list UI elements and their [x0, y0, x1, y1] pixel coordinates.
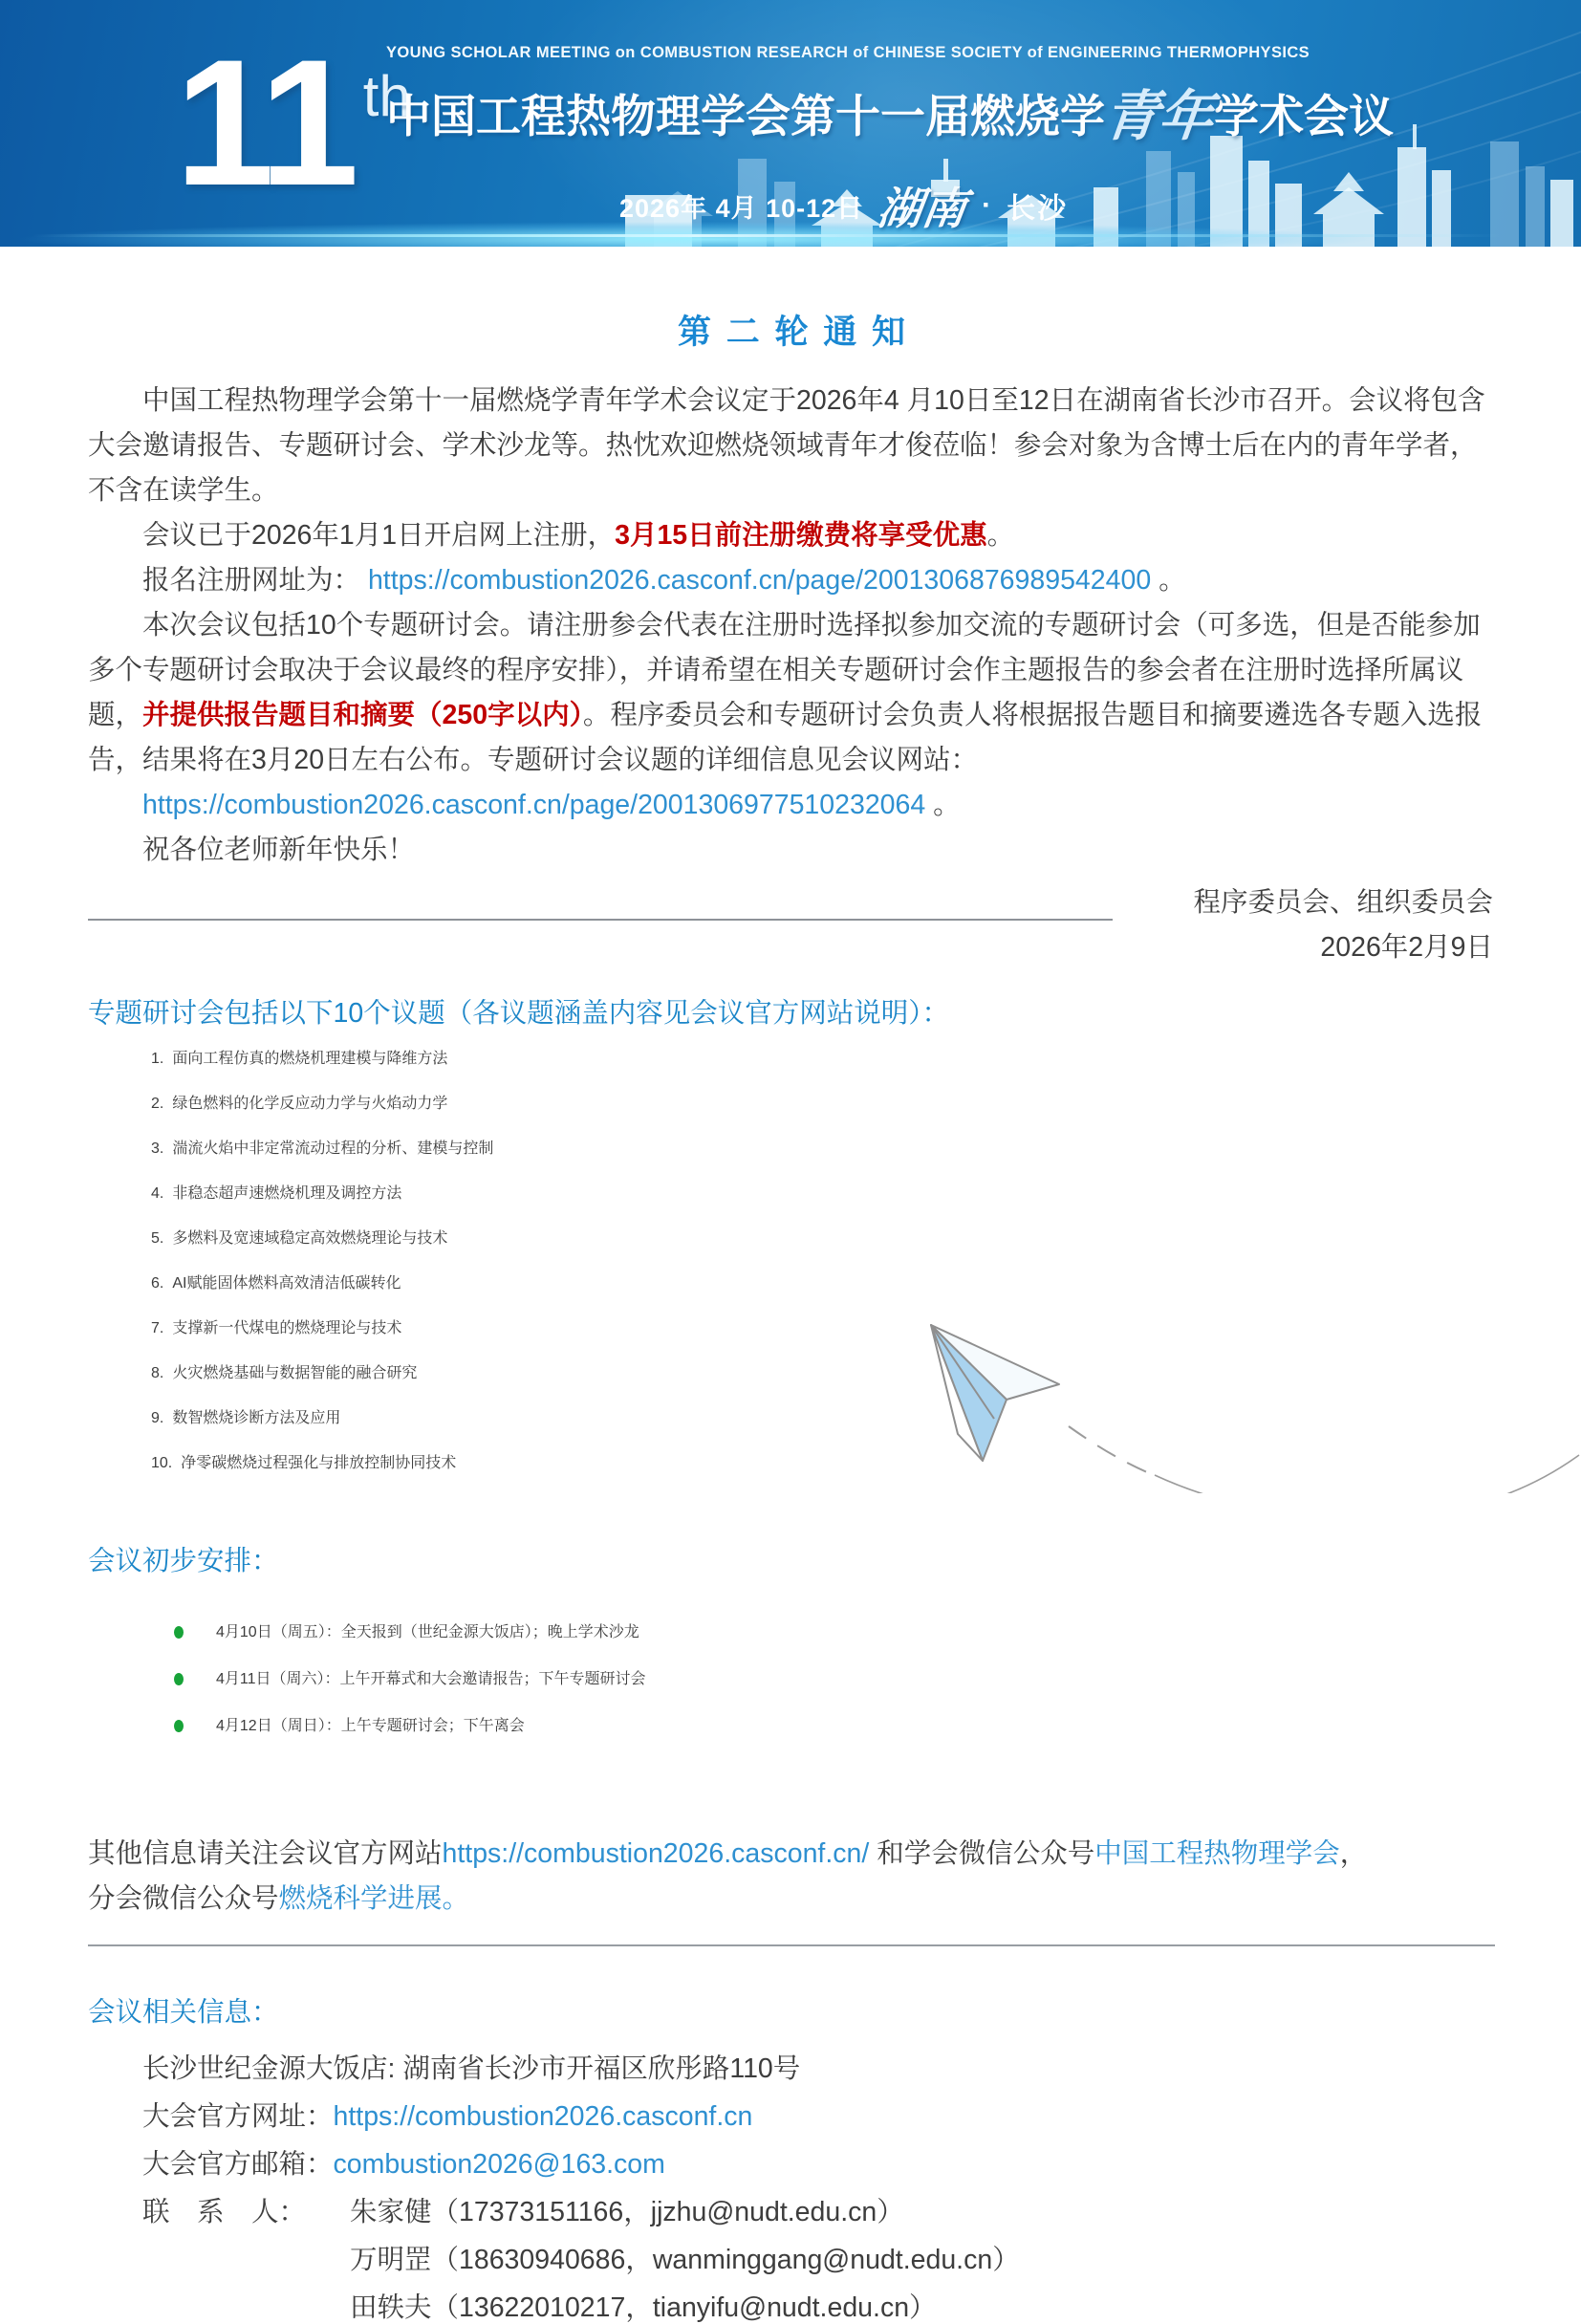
topic-item: 4.非稳态超声速燃烧机理及调控方法 [151, 1171, 1495, 1216]
topic-item: 1.面向工程仿真的燃烧机理建模与降维方法 [151, 1036, 1495, 1081]
topic-text: 净零碳燃烧过程强化与排放控制协同技术 [181, 1455, 456, 1471]
conference-date: 2026年 4月 10-12日 [619, 187, 863, 225]
edition-number-text: 11 [175, 22, 354, 223]
greeting-text: 祝各位老师新年快乐！ [142, 835, 415, 865]
topic-item: 9.数智燃烧诊断方法及应用 [151, 1396, 1495, 1441]
edition-number: 11th [175, 33, 401, 212]
contact-block: 长沙世纪金源大饭店: 湖南省长沙市开福区欣彤路110号 大会官方网址：https… [142, 2045, 1495, 2324]
website-label: 大会官方网址： [142, 2101, 334, 2132]
green-bullet-icon [174, 1673, 184, 1685]
schedule-list: 4月10日（周五）：全天报到（世纪金源大饭店）；晚上学术沙龙 4月11日（周六）… [174, 1609, 1495, 1749]
contact-person-row: 联 系 人：朱家健（17373151166，jjzhu@nudt.edu.cn） [142, 2188, 1495, 2236]
signature-committee: 程序委员会、组织委员会 [1193, 880, 1493, 925]
topic-item: 2.绿色燃料的化学反应动力学与火焰动力学 [151, 1081, 1495, 1126]
wechat-society-link[interactable]: 中国工程热物理学会 [1094, 1838, 1340, 1869]
conference-title-zh: 中国工程热物理学会第十一届燃烧学青年学术会议 [386, 70, 1394, 148]
location-dot: · [982, 189, 991, 222]
intro-section: 中国工程热物理学会第十一届燃烧学青年学术会议定于2026年4 月10日至12日在… [88, 379, 1495, 978]
registration-link[interactable]: https://combustion2026.casconf.cn/page/2… [368, 565, 1151, 596]
topic-text: 支撑新一代煤电的燃烧理论与技术 [172, 1320, 401, 1336]
topic-text: 非稳态超声速燃烧机理及调控方法 [172, 1185, 401, 1202]
contact-person-1: 朱家健（17373151166，jjzhu@nudt.edu.cn） [350, 2197, 904, 2227]
registration-url-paragraph: 报名注册网址为： https://combustion2026.casconf.… [88, 558, 1495, 603]
early-bird-highlight: 3月15日前注册缴费将享受优惠 [615, 520, 987, 551]
more-info-pre2: 分会微信公众号 [88, 1883, 279, 1914]
topics-url-end: 。 [933, 790, 961, 820]
more-info-mid: 和学会微信公众号 [869, 1838, 1094, 1869]
topics-list: 1.面向工程仿真的燃烧机理建模与降维方法 2.绿色燃料的化学反应动力学与火焰动力… [151, 1036, 1495, 1486]
conference-notice-page: { "header": { "edition_number": "11", "e… [0, 0, 1581, 2324]
registration-url-end: 。 [1159, 565, 1186, 596]
location-city: 长沙 [1007, 185, 1068, 227]
notice-body: 第二轮通知 中国工程热物理学会第十一届燃烧学青年学术会议定于2026年4 月10… [0, 306, 1581, 2324]
official-site-link[interactable]: https://combustion2026.casconf.cn/ [443, 1838, 870, 1869]
schedule-item-text: 4月10日（周五）：全天报到（世纪金源大饭店）；晚上学术沙龙 [216, 1609, 639, 1656]
section-divider-line [88, 1944, 1495, 1946]
greeting-paragraph: 祝各位老师新年快乐！ [88, 828, 1495, 873]
topics-url-paragraph: https://combustion2026.casconf.cn/page/2… [88, 783, 1495, 828]
topic-text: 数智燃烧诊断方法及应用 [172, 1410, 340, 1426]
green-bullet-icon [174, 1626, 184, 1639]
registration-open-paragraph: 会议已于2026年1月1日开启网上注册，3月15日前注册缴费将享受优惠。 [88, 513, 1495, 558]
email-label: 大会官方邮箱： [142, 2149, 334, 2180]
topic-text: 火灾燃烧基础与数据智能的融合研究 [172, 1365, 417, 1381]
email-row: 大会官方邮箱：combustion2026@163.com [142, 2140, 1495, 2188]
topic-item: 7.支撑新一代煤电的燃烧理论与技术 [151, 1306, 1495, 1351]
schedule-item: 4月10日（周五）：全天报到（世纪金源大饭店）；晚上学术沙龙 [174, 1609, 1495, 1656]
registration-open-text: 会议已于2026年1月1日开启网上注册， [142, 520, 615, 551]
topic-item: 5.多燃料及宽速域稳定高效燃烧理论与技术 [151, 1216, 1495, 1261]
signature-block: 程序委员会、组织委员会 2026年2月9日 [88, 880, 1495, 978]
more-info-end: 。 [443, 1883, 470, 1914]
more-info-paragraph: 其他信息请关注会议官方网站https://combustion2026.casc… [88, 1832, 1495, 1922]
topic-number: 2. [151, 1096, 163, 1112]
title-suffix: 学术会议 [1214, 91, 1394, 141]
topic-text: AI赋能固体燃料高效清洁低碳转化 [172, 1275, 401, 1292]
topic-text: 面向工程仿真的燃烧机理建模与降维方法 [172, 1051, 447, 1067]
intro-paragraph-text: 中国工程热物理学会第十一届燃烧学青年学术会议定于2026年4 月10日至12日在… [88, 385, 1485, 506]
contact-person-row: 田轶夫（13622010217，tianyifu@nudt.edu.cn） [142, 2284, 1495, 2324]
topic-text: 绿色燃料的化学反应动力学与火焰动力学 [172, 1096, 447, 1112]
abstract-requirement-highlight: 并提供报告题目和摘要（250字以内） [142, 700, 583, 730]
website-link[interactable]: https://combustion2026.casconf.cn [334, 2101, 753, 2132]
registration-open-end: 。 [987, 520, 1015, 551]
intro-paragraph: 中国工程热物理学会第十一届燃烧学青年学术会议定于2026年4 月10日至12日在… [88, 379, 1495, 513]
topic-item: 8.火灾燃烧基础与数据智能的融合研究 [151, 1351, 1495, 1396]
notice-title: 第二轮通知 [88, 306, 1495, 354]
topic-number: 9. [151, 1410, 163, 1426]
email-link[interactable]: combustion2026@163.com [334, 2149, 665, 2180]
location-province: 湖南 [875, 174, 971, 237]
contact-person-3: 田轶夫（13622010217，tianyifu@nudt.edu.cn） [350, 2292, 937, 2323]
signature-date: 2026年2月9日 [1320, 925, 1493, 970]
contact-persons-label: 联 系 人： [142, 2188, 350, 2236]
topic-item: 6.AI赋能固体燃料高效清洁低碳转化 [151, 1261, 1495, 1306]
signature-divider-line [88, 919, 1113, 921]
wechat-branch-link[interactable]: 燃烧科学进展 [279, 1883, 443, 1914]
topic-number: 6. [151, 1275, 163, 1292]
header-titles: YOUNG SCHOLAR MEETING on COMBUSTION RESE… [386, 44, 1394, 148]
topic-number: 8. [151, 1365, 163, 1381]
topic-number: 7. [151, 1320, 163, 1336]
topics-detail-link[interactable]: https://combustion2026.casconf.cn/page/2… [142, 790, 925, 820]
sessions-paragraph: 本次会议包括10个专题研讨会。请注册参会代表在注册时选择拟参加交流的专题研讨会（… [88, 603, 1495, 783]
hotel-address-row: 长沙世纪金源大饭店: 湖南省长沙市开福区欣彤路110号 [142, 2045, 1495, 2093]
schedule-heading: 会议初步安排： [88, 1539, 1495, 1578]
topics-heading: 专题研讨会包括以下10个议题（各议题涵盖内容见会议官方网站说明）： [88, 991, 1495, 1031]
schedule-item-text: 4月11日（周六）：上午开幕式和大会邀请报告；下午专题研讨会 [216, 1656, 646, 1703]
topic-number: 4. [151, 1185, 163, 1202]
topic-item: 10.净零碳燃烧过程强化与排放控制协同技术 [151, 1441, 1495, 1486]
website-row: 大会官方网址：https://combustion2026.casconf.cn [142, 2093, 1495, 2140]
green-bullet-icon [174, 1720, 184, 1732]
title-stylized-youth: 青年 [1100, 73, 1218, 151]
schedule-item-text: 4月12日（周日）：上午专题研讨会；下午离会 [216, 1703, 525, 1749]
conference-subtitle-en: YOUNG SCHOLAR MEETING on COMBUSTION RESE… [386, 44, 1394, 62]
contact-person-2: 万明罡（18630940686，wanminggang@nudt.edu.cn） [350, 2245, 1020, 2275]
topic-number: 3. [151, 1140, 163, 1157]
conference-date-location: 2026年 4月 10-12日 湖南 · 长沙 [619, 174, 1068, 237]
topic-item: 3.湍流火焰中非定常流动过程的分析、建模与控制 [151, 1126, 1495, 1171]
topic-number: 1. [151, 1051, 163, 1067]
title-prefix: 中国工程热物理学会第十一届燃烧学 [386, 91, 1105, 141]
topic-number: 10. [151, 1455, 172, 1471]
more-info-comma: ， [1340, 1838, 1368, 1869]
contact-heading: 会议相关信息： [88, 1990, 1495, 2030]
topic-text: 多燃料及宽速域稳定高效燃烧理论与技术 [172, 1230, 447, 1247]
registration-url-label: 报名注册网址为： [142, 565, 360, 596]
more-info-pre: 其他信息请关注会议官方网站 [88, 1838, 443, 1869]
topic-number: 5. [151, 1230, 163, 1247]
conference-banner: 11th YOUNG SCHOLAR MEETING on COMBUSTION… [0, 0, 1581, 247]
schedule-item: 4月12日（周日）：上午专题研讨会；下午离会 [174, 1703, 1495, 1749]
topic-text: 湍流火焰中非定常流动过程的分析、建模与控制 [172, 1140, 493, 1157]
schedule-item: 4月11日（周六）：上午开幕式和大会邀请报告；下午专题研讨会 [174, 1656, 1495, 1703]
contact-person-row: 万明罡（18630940686，wanminggang@nudt.edu.cn） [142, 2236, 1495, 2284]
